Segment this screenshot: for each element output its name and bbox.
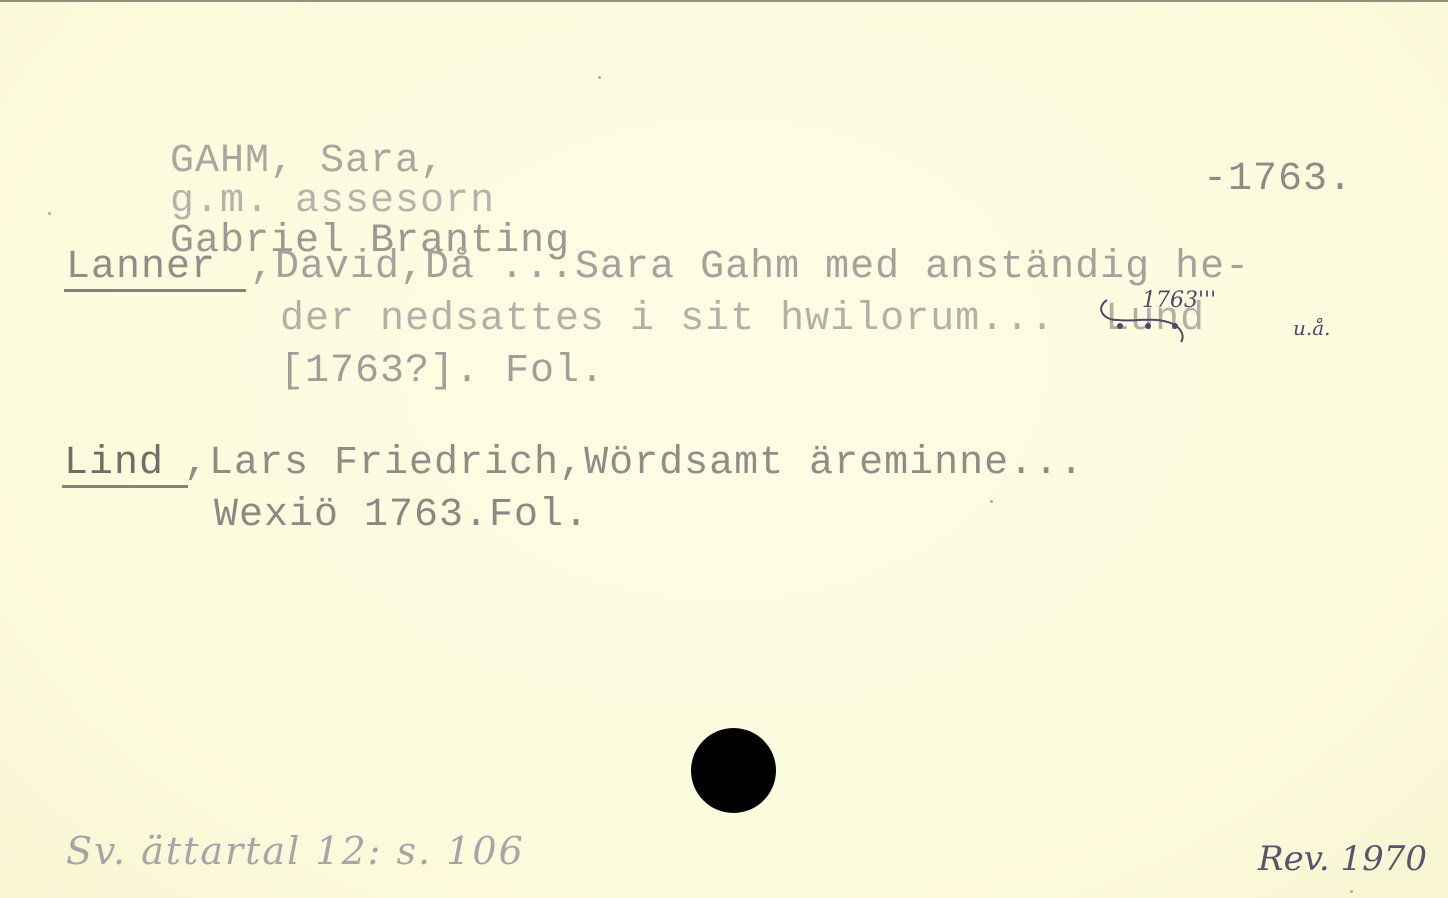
heading-date: -1763.: [1203, 160, 1353, 200]
heading-relation: g.m. assesorn: [170, 179, 495, 224]
paper-speck: [990, 500, 993, 503]
entry-lind-author: Lind: [64, 444, 164, 484]
revision-note: Rev. 1970: [1258, 842, 1427, 876]
entry-lanner-suffix-annotation: u.å.: [1293, 318, 1331, 338]
entry-lind-underline: [62, 485, 188, 488]
entry-lind-imprint: Wexiö 1763.Fol.: [214, 496, 589, 536]
heading-subject: GAHM, Sara,: [170, 139, 445, 184]
source-reference-note: Sv. ättartal 12: s. 106: [66, 832, 525, 870]
paper-speck: [48, 212, 51, 215]
punch-hole: [691, 728, 776, 813]
paper-speck: [598, 76, 601, 79]
catalog-card: GAHM, Sara, g.m. assesorn Gabriel Branti…: [0, 0, 1448, 898]
entry-lanner-imprint: [1763?]. Fol.: [280, 352, 605, 392]
paper-speck: [1350, 890, 1353, 893]
card-top-edge: [0, 0, 1448, 2]
entry-lanner-author: Lanner: [66, 248, 216, 288]
entry-lanner-title-line1: ,David,Då ...Sara Gahm med anständig he-: [250, 248, 1250, 288]
entry-lanner-title-line2: der nedsattes i sit hwilorum... Lund: [280, 300, 1205, 340]
insertion-mark-icon: [1095, 296, 1195, 356]
entry-lanner-underline: [64, 289, 246, 292]
entry-lind-title-line1: ,Lars Friedrich,Wördsamt äreminne...: [184, 444, 1084, 484]
